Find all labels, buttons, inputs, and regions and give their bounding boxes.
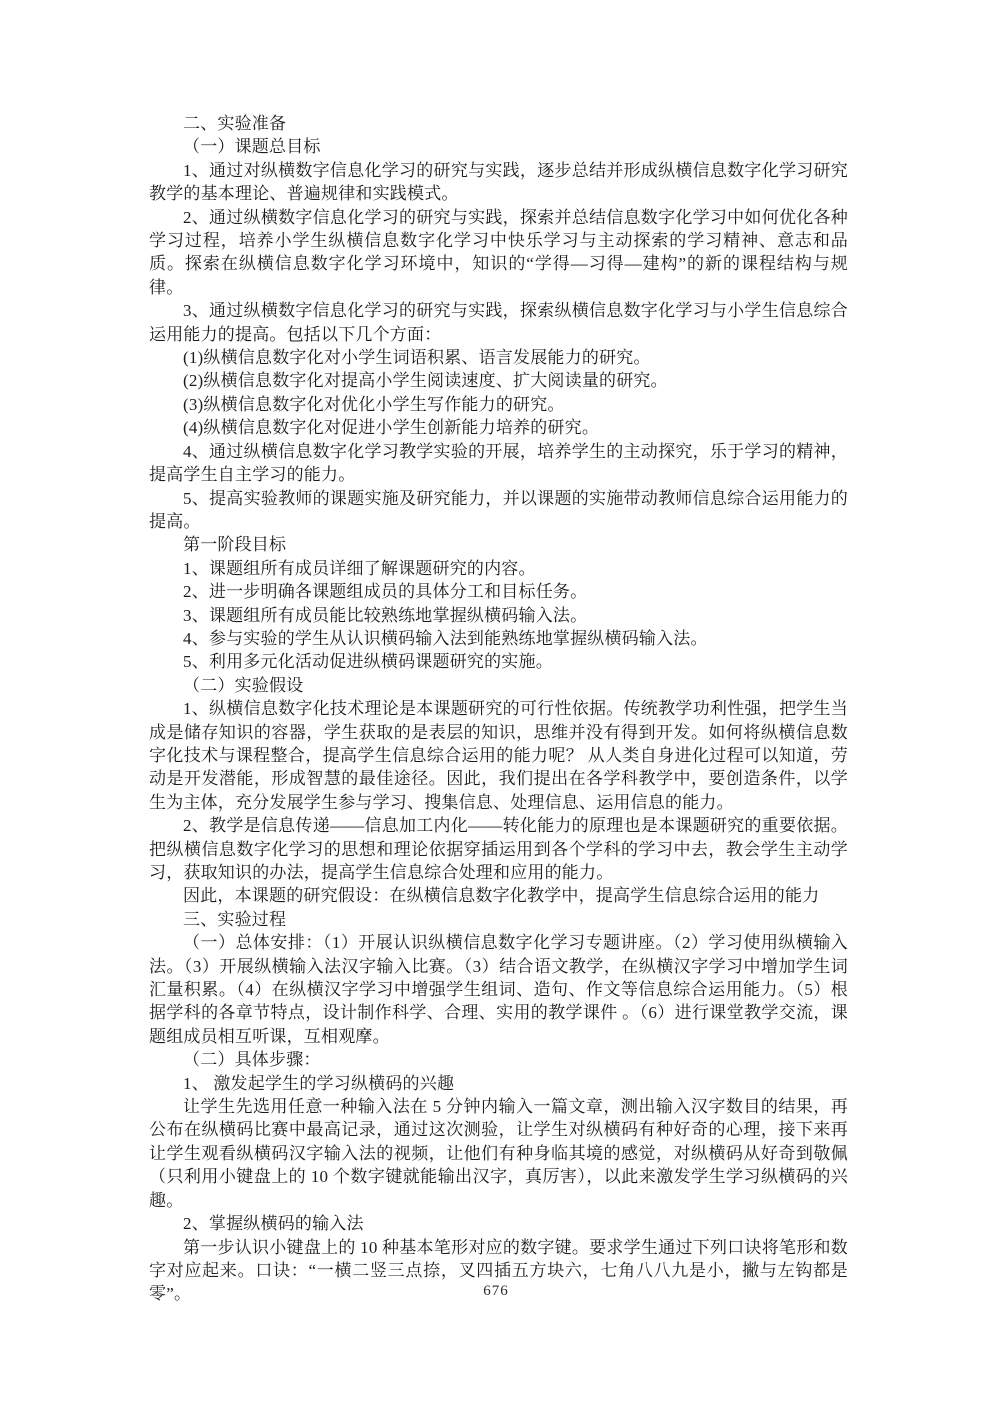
stage1-goal-3: 3、课题组所有成员能比较熟练地掌握纵横码输入法。 xyxy=(149,604,848,627)
stage1-goal-5: 5、利用多元化活动促进纵横码课题研究的实施。 xyxy=(149,650,848,673)
stage1-goal-4: 4、参与实验的学生从认识横码输入法到能熟练地掌握纵横码输入法。 xyxy=(149,627,848,650)
research-aspect-4: (4)纵横信息数字化对促进小学生创新能力培养的研究。 xyxy=(149,416,848,439)
step-1-title: 1、 激发起学生的学习纵横码的兴趣 xyxy=(149,1072,848,1095)
stage1-goal-2: 2、进一步明确各课题组成员的具体分工和目标任务。 xyxy=(149,580,848,603)
stage1-goal-1: 1、课题组所有成员详细了解课题研究的内容。 xyxy=(149,557,848,580)
step-2-title: 2、掌握纵横码的输入法 xyxy=(149,1212,848,1235)
subheading-experiment-hypothesis: （二）实验假设 xyxy=(149,674,848,697)
step-1-body: 让学生先选用任意一种输入法在 5 分钟内输入一篇文章，测出输入汉字数目的结果，再… xyxy=(149,1095,848,1212)
heading-experiment-preparation: 二、实验准备 xyxy=(149,112,848,135)
research-aspect-3: (3)纵横信息数字化对优化小学生写作能力的研究。 xyxy=(149,393,848,416)
hypothesis-statement: 因此，本课题的研究假设：在纵横信息数字化教学中，提高学生信息综合运用的能力 xyxy=(149,884,848,907)
hypothesis-basis-1: 1、纵横信息数字化技术理论是本课题研究的可行性依据。传统教学功利性强，把学生当成… xyxy=(149,697,848,814)
research-aspect-2: (2)纵横信息数字化对提高小学生阅读速度、扩大阅读量的研究。 xyxy=(149,369,848,392)
subheading-specific-steps: （二）具体步骤： xyxy=(149,1048,848,1071)
goal-item-2: 2、通过纵横数字信息化学习的研究与实践，探索并总结信息数字化学习中如何优化各种学… xyxy=(149,206,848,300)
overall-arrangement: （一）总体安排：（1）开展认识纵横信息数字化学习专题讲座。（2）学习使用纵横输入… xyxy=(149,931,848,1048)
page-number: 676 xyxy=(0,1283,992,1300)
goal-item-4: 4、通过纵横信息数字化学习教学实验的开展，培养学生的主动探究，乐于学习的精神，提… xyxy=(149,440,848,487)
research-aspect-1: (1)纵横信息数字化对小学生词语积累、语言发展能力的研究。 xyxy=(149,346,848,369)
heading-experiment-process: 三、实验过程 xyxy=(149,908,848,931)
hypothesis-basis-2: 2、教学是信息传递——信息加工内化——转化能力的原理也是本课题研究的重要依据。把… xyxy=(149,814,848,884)
goal-item-5: 5、提高实验教师的课题实施及研究能力，并以课题的实施带动教师信息综合运用能力的提… xyxy=(149,487,848,534)
heading-stage1-goals: 第一阶段目标 xyxy=(149,533,848,556)
goal-item-3: 3、通过纵横数字信息化学习的研究与实践，探索纵横信息数字化学习与小学生信息综合运… xyxy=(149,299,848,346)
document-page: 二、实验准备 （一）课题总目标 1、通过对纵横数字信息化学习的研究与实践，逐步总… xyxy=(0,0,992,1403)
subheading-overall-goals: （一）课题总目标 xyxy=(149,135,848,158)
document-body: 二、实验准备 （一）课题总目标 1、通过对纵横数字信息化学习的研究与实践，逐步总… xyxy=(149,112,848,1306)
goal-item-1: 1、通过对纵横数字信息化学习的研究与实践，逐步总结并形成纵横信息数字化学习研究教… xyxy=(149,159,848,206)
